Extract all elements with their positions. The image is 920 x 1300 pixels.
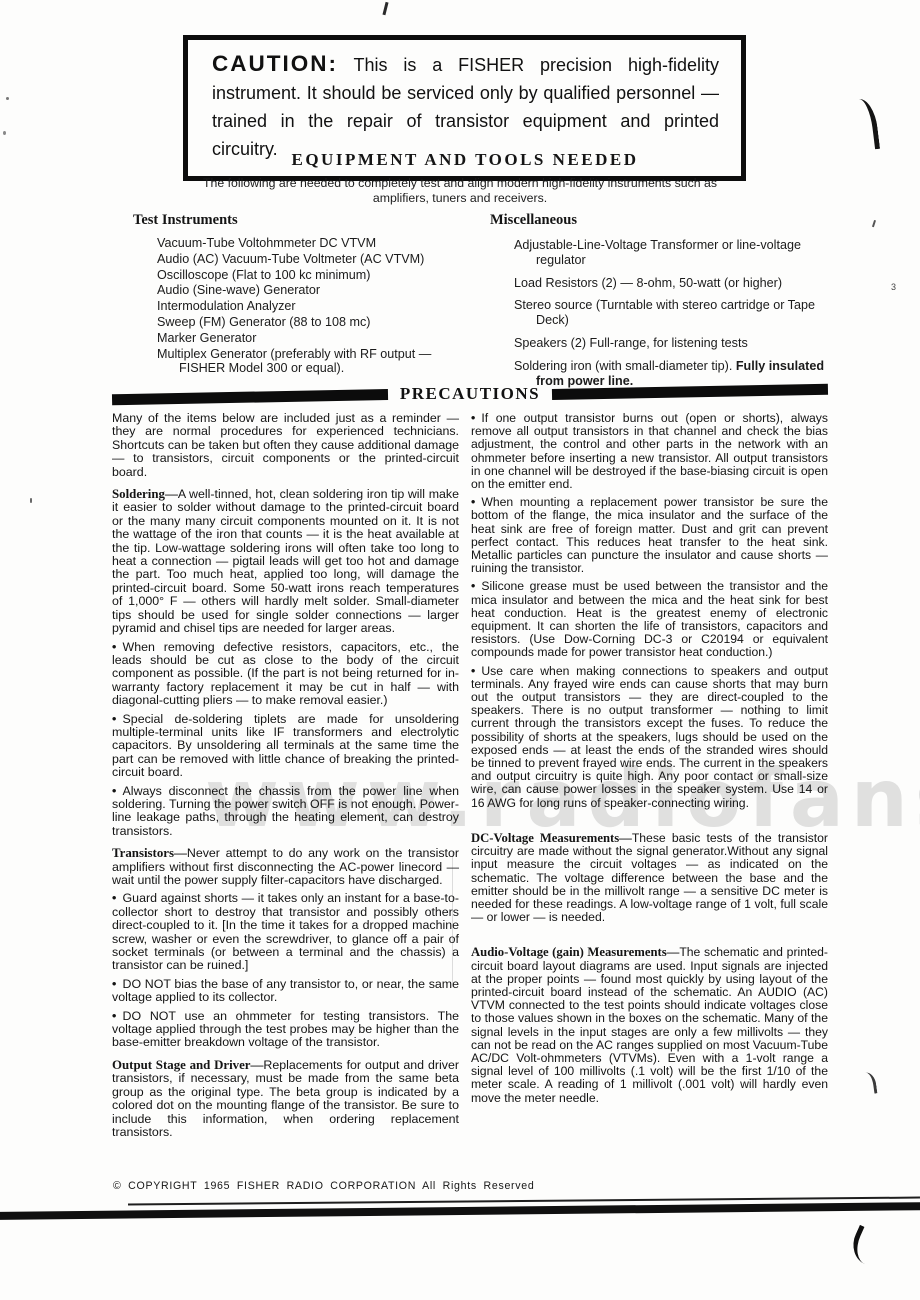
header-bar-left [112,389,388,405]
equipment-item: Adjustable-Line-Voltage Transformer or l… [490,238,833,268]
equipment-item: Audio (AC) Vacuum-Tube Voltmeter (AC VTV… [133,252,480,267]
paragraph-heading: Audio-Voltage (gain) Measurements— [471,945,679,959]
paragraph-heading: Transistors— [112,846,187,860]
scan-artifact-char: 3 [891,282,896,292]
scan-artifact-pen-swoosh [846,1225,881,1265]
equipment-item: Audio (Sine-wave) Generator [133,283,480,298]
scan-artifact-pen-mark [857,97,880,151]
test-instruments-title: Test Instruments [133,212,480,229]
scan-artifact-tick [872,220,876,227]
precaution-paragraph: Transistors—Never attempt to do any work… [112,847,459,887]
precaution-bullet: • Guard against shorts — it takes only a… [112,892,459,972]
miscellaneous-title: Miscellaneous [490,212,833,229]
equipment-item: Sweep (FM) Generator (88 to 108 mc) [133,315,480,330]
scan-artifact-dot [6,97,9,100]
equipment-item: Marker Generator [133,331,480,346]
precautions-body: Many of the items below are included jus… [112,412,828,1144]
bullet-icon: • [112,640,116,654]
bullet-icon: • [112,784,116,798]
bullet-icon: • [471,579,475,593]
precaution-bullet: • DO NOT bias the base of any transistor… [112,978,459,1005]
paragraph-heading: Output Stage and Driver— [112,1058,263,1072]
precaution-bullet: • Use care when making connections to sp… [471,665,828,810]
precaution-bullet: • DO NOT use an ohmmeter for testing tra… [112,1010,459,1050]
miscellaneous-column: Miscellaneous Adjustable-Line-Voltage Tr… [490,212,833,396]
equipment-intro: The following are needed to completely t… [180,176,740,205]
scan-artifact-slash [382,2,388,15]
bullet-icon: • [471,411,475,425]
paragraph-heading: DC-Voltage Measurements— [471,831,632,845]
precaution-bullet: • When removing defective resistors, cap… [112,641,459,708]
precaution-paragraph: Output Stage and Driver—Replacements for… [112,1059,459,1139]
precaution-paragraph: Many of the items below are included jus… [112,412,459,479]
equipment-item: Oscilloscope (Flat to 100 kc minimum) [133,268,480,283]
precaution-paragraph: Audio-Voltage (gain) Measurements—The sc… [471,946,828,1104]
equipment-item: Vacuum-Tube Voltohmmeter DC VTVM [133,236,480,251]
bullet-icon: • [112,977,116,991]
left-column: Many of the items below are included jus… [112,412,459,1144]
precaution-bullet: • If one output transistor burns out (op… [471,412,828,491]
precaution-bullet: • Silicone grease must be used between t… [471,580,828,659]
header-bar-right [552,383,828,399]
equipment-item: Intermodulation Analyzer [133,299,480,314]
test-instruments-list: Vacuum-Tube Voltohmmeter DC VTVMAudio (A… [133,236,480,376]
scan-artifact-small-mark [865,1071,878,1094]
equipment-item: Load Resistors (2) — 8-ohm, 50-watt (or … [490,276,833,291]
equipment-item: Speakers (2) Full-range, for listening t… [490,336,833,351]
precaution-bullet: • When mounting a replacement power tran… [471,496,828,575]
precaution-bullet: • Special de-soldering tiplets are made … [112,713,459,780]
equipment-columns: Test Instruments Vacuum-Tube Voltohmmete… [133,212,833,396]
precaution-bullet: • Always disconnect the chassis from the… [112,785,459,839]
equipment-section-title: EQUIPMENT AND TOOLS NEEDED [97,150,833,170]
precaution-paragraph: Soldering—A well-tinned, hot, clean sold… [112,488,459,635]
copyright-line: © COPYRIGHT 1965 FISHER RADIO CORPORATIO… [113,1180,534,1192]
bullet-icon: • [471,664,475,678]
precautions-header: PRECAUTIONS [112,384,828,404]
scanned-manual-page: www.radiofans.c CAUTION: This is a FISHE… [0,0,920,1300]
caution-label: CAUTION: [212,51,338,76]
equipment-item: Stereo source (Turntable with stereo car… [490,298,833,328]
precaution-paragraph: DC-Voltage Measurements—These basic test… [471,832,828,924]
equipment-item: Multiplex Generator (preferably with RF … [133,347,480,377]
bullet-icon: • [471,495,475,509]
bullet-icon: • [112,712,116,726]
precautions-title: PRECAUTIONS [388,384,552,404]
test-instruments-column: Test Instruments Vacuum-Tube Voltohmmete… [133,212,480,396]
bullet-icon: • [112,1009,116,1023]
miscellaneous-list: Adjustable-Line-Voltage Transformer or l… [490,238,833,388]
bullet-icon: • [112,891,116,905]
right-column: • If one output transistor burns out (op… [471,412,828,1144]
scan-artifact-dot [3,131,6,135]
scan-artifact-speck [30,498,32,503]
caution-paragraph: CAUTION: This is a FISHER precision high… [212,50,719,163]
paragraph-heading: Soldering— [112,487,178,501]
